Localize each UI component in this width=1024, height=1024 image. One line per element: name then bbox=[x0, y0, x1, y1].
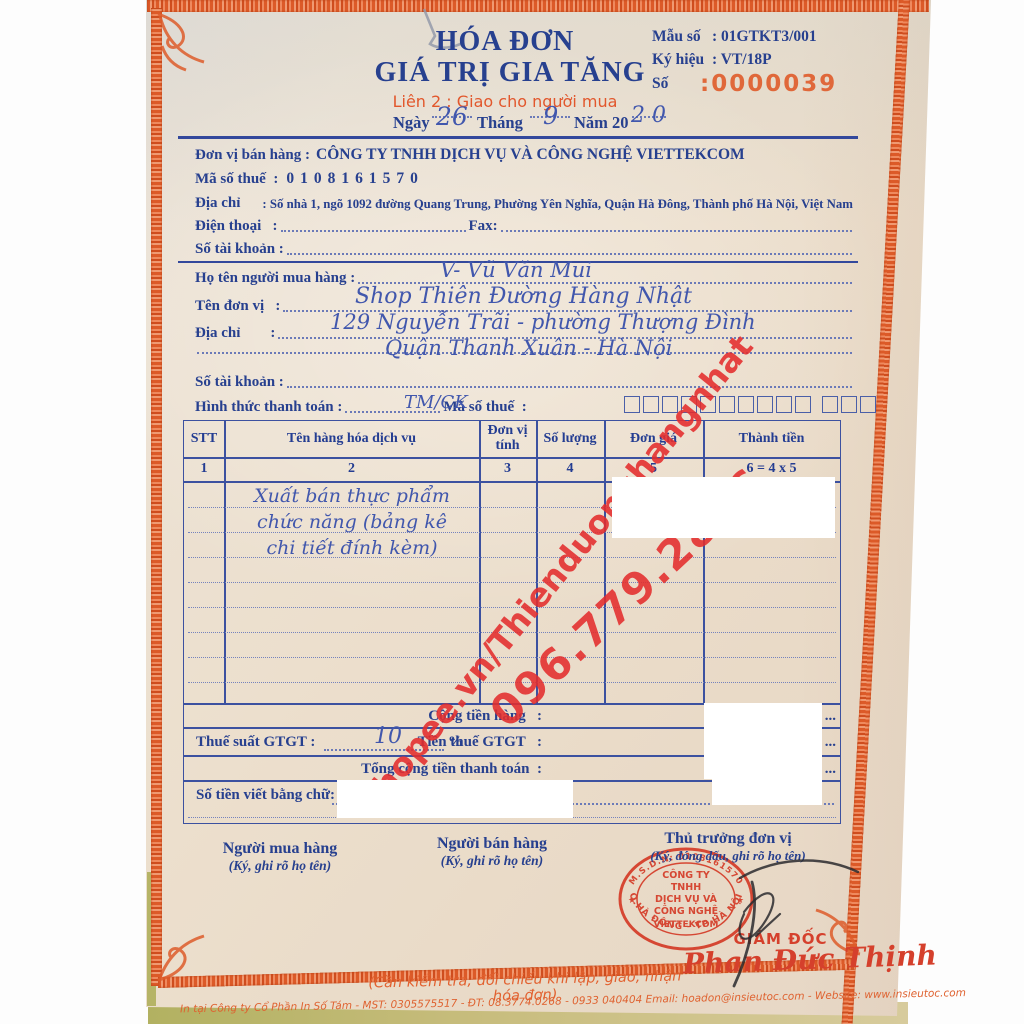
buyer-account-dots bbox=[287, 376, 852, 388]
subtotal-trailing-dots: ... bbox=[825, 708, 836, 725]
buyer-sign-title: Người mua hàng bbox=[200, 840, 360, 858]
stamp-center-line2: TNHH bbox=[671, 882, 701, 893]
date-day-handwritten: 26 bbox=[436, 102, 468, 131]
taxcode-box bbox=[776, 396, 792, 413]
stamp-star-left: ★ bbox=[628, 895, 636, 905]
date-month-label: Tháng bbox=[477, 113, 523, 133]
payment-method-handwritten: TM/CK bbox=[404, 392, 468, 413]
seller-address-label: Địa chỉ bbox=[195, 195, 240, 212]
redaction-box-amount-words bbox=[337, 780, 573, 818]
invoice-photo: HÓA ĐƠN GIÁ TRỊ GIA TĂNG Liên 2 : Giao c… bbox=[0, 0, 1024, 1024]
invoice-content: HÓA ĐƠN GIÁ TRỊ GIA TĂNG Liên 2 : Giao c… bbox=[0, 0, 1024, 1024]
director-ink-signature bbox=[700, 846, 890, 998]
taxcode-box bbox=[757, 396, 773, 413]
buyer-unit-handwritten: Shop Thiên Đường Hàng Nhật bbox=[355, 284, 692, 309]
taxcode-box bbox=[860, 396, 876, 413]
vat-trailing-dots: ... bbox=[825, 734, 836, 751]
vat-rate-label: Thuế suất GTGT : bbox=[196, 734, 315, 751]
seller-address: : Số nhà 1, ngõ 1092 đường Quang Trung, … bbox=[262, 197, 853, 212]
seller-name: CÔNG TY TNHH DỊCH VỤ VÀ CÔNG NGHỆ VIETTE… bbox=[316, 146, 745, 164]
item-description-handwritten: Xuất bán thực phẩm chức năng (bảng kê ch… bbox=[232, 483, 472, 561]
header-divider bbox=[178, 136, 858, 139]
redaction-box-item-prices bbox=[612, 477, 835, 538]
taxcode-box bbox=[841, 396, 857, 413]
payment-method-label: Hình thức thanh toán : bbox=[195, 399, 342, 416]
taxcode-box bbox=[643, 396, 659, 413]
buyer-address-handwritten-line2: Quận Thanh Xuân - Hà Nội bbox=[385, 336, 672, 360]
buyer-sign-sub: (Ký, ghi rõ họ tên) bbox=[200, 858, 360, 874]
buyer-name-label: Họ tên người mua hàng : bbox=[195, 270, 355, 287]
redaction-box-totals-lower bbox=[712, 779, 822, 805]
copy-note: Liên 2 : Giao cho người mua bbox=[360, 92, 650, 111]
seller-sign-sub: (Ký, ghi rõ họ tên) bbox=[412, 853, 572, 869]
seller-sign-title: Người bán hàng bbox=[412, 835, 572, 853]
invoice-title-line1: HÓA ĐƠN bbox=[380, 26, 630, 58]
grand-total-trailing-dots: ... bbox=[825, 761, 836, 778]
buyer-address-handwritten-line1: 129 Nguyễn Trãi - phường Thượng Đình bbox=[330, 310, 756, 334]
col-header-amount: Thành tiền bbox=[703, 421, 840, 457]
invoice-title-line2: GIÁ TRỊ GIA TĂNG bbox=[360, 57, 660, 89]
seller-fax-label: Fax: bbox=[469, 218, 498, 235]
col-header-description: Tên hàng hóa dịch vụ bbox=[224, 421, 479, 457]
form-no-label: Mẫu số bbox=[652, 28, 701, 46]
buyer-address-label: Địa chỉ : bbox=[195, 325, 275, 342]
taxcode-box bbox=[795, 396, 811, 413]
seller-fax-dots bbox=[501, 220, 852, 232]
seller-account-dots bbox=[287, 243, 852, 255]
serial-label: Ký hiệu bbox=[652, 51, 704, 69]
col-number-4: 4 bbox=[536, 457, 604, 481]
date-year-label: Năm 20 bbox=[574, 113, 629, 133]
table-vline bbox=[604, 421, 606, 703]
col-number-1: 1 bbox=[184, 457, 224, 481]
redaction-box-totals bbox=[704, 703, 822, 779]
taxcode-box bbox=[738, 396, 754, 413]
buyer-name-dots bbox=[358, 272, 852, 284]
seller-tax-code: 0108161570 bbox=[286, 170, 424, 188]
seller-account-label: Số tài khoản : bbox=[195, 241, 284, 258]
date-day-label: Ngày bbox=[393, 113, 430, 133]
table-dotted-row bbox=[188, 582, 836, 583]
serial-value: : VT/18P bbox=[712, 51, 772, 69]
date-month-handwritten: 9 bbox=[543, 102, 558, 130]
buyer-unit-label: Tên đơn vị : bbox=[195, 298, 280, 315]
col-header-unit: Đơn vị tính bbox=[479, 421, 536, 457]
buyer-name-handwritten: V- Vũ Văn Mui bbox=[440, 258, 592, 282]
seller-tax-label: Mã số thuế : bbox=[195, 171, 278, 188]
col-header-stt: STT bbox=[184, 421, 224, 457]
col-number-3: 3 bbox=[479, 457, 536, 481]
col-number-2: 2 bbox=[224, 457, 479, 481]
table-vline bbox=[224, 421, 226, 703]
invoice-number-value: :0000039 bbox=[700, 71, 837, 97]
seller-phone-dots bbox=[281, 220, 466, 232]
seller-phone-label: Điện thoại : bbox=[195, 218, 278, 235]
buyer-account-label: Số tài khoản : bbox=[195, 374, 284, 391]
seller-name-label: Đơn vị bán hàng : bbox=[195, 147, 310, 164]
col-header-quantity: Số lượng bbox=[536, 421, 604, 457]
table-header-row: STT Tên hàng hóa dịch vụ Đơn vị tính Số … bbox=[184, 421, 840, 457]
taxcode-box bbox=[822, 396, 838, 413]
form-no-value: : 01GTKT3/001 bbox=[712, 28, 817, 46]
amount-in-words-label: Số tiền viết bằng chữ: bbox=[196, 787, 335, 804]
invoice-number-label: Số bbox=[652, 75, 668, 93]
date-year-handwritten: 2 0 bbox=[631, 103, 666, 128]
taxcode-box bbox=[624, 396, 640, 413]
